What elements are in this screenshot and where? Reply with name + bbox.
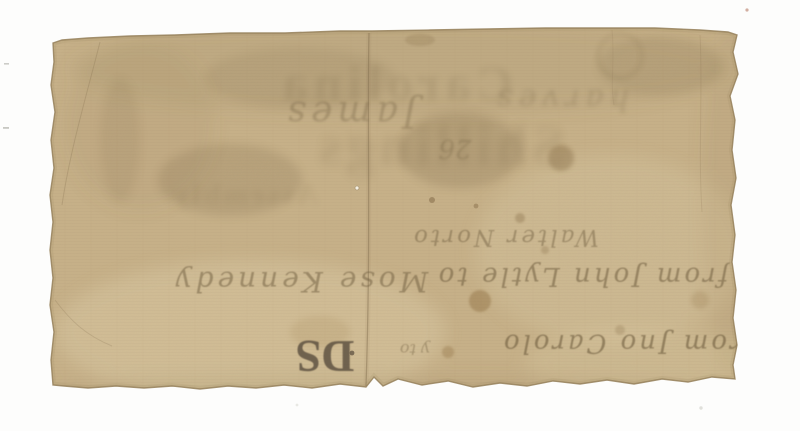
handwriting-top-word-2: harves [491, 82, 629, 117]
stain-spot [442, 346, 454, 358]
background-speck [4, 63, 9, 65]
handwriting-middle-line: Walter Norto [411, 224, 599, 250]
note-surface: Carolina Shillings Assembly [50, 20, 758, 404]
stain-spot [405, 34, 435, 46]
handwriting-top-word: James [283, 93, 425, 134]
stain-spot [469, 290, 491, 312]
background-speck [745, 8, 748, 11]
currency-note-photo: Carolina Shillings Assembly [0, 0, 800, 431]
background-speck [296, 404, 299, 407]
handwriting-number: 26 [438, 133, 472, 163]
pinhole [355, 186, 359, 190]
photo-canvas: Carolina Shillings Assembly [0, 0, 800, 431]
background-speck [3, 127, 9, 129]
handwriting-left-name: Mose Kennedy [172, 265, 429, 298]
ds-initials-text: DS [296, 331, 355, 382]
stain-speck [429, 197, 435, 203]
handwriting-bottom-line: from Jno Carolo [501, 328, 757, 358]
handwriting-small-note: y to [400, 340, 431, 359]
stain-speck [474, 204, 479, 209]
background-speck [699, 406, 702, 409]
ds-initials: DS [296, 331, 355, 382]
stain-spot [548, 145, 574, 171]
currency-note: Carolina Shillings Assembly [50, 20, 758, 404]
stain-spot [515, 213, 525, 223]
handwriting-right-line: from John Lytle to [436, 261, 730, 291]
ds-initials-dot [350, 351, 355, 356]
stain-spot [691, 291, 709, 309]
